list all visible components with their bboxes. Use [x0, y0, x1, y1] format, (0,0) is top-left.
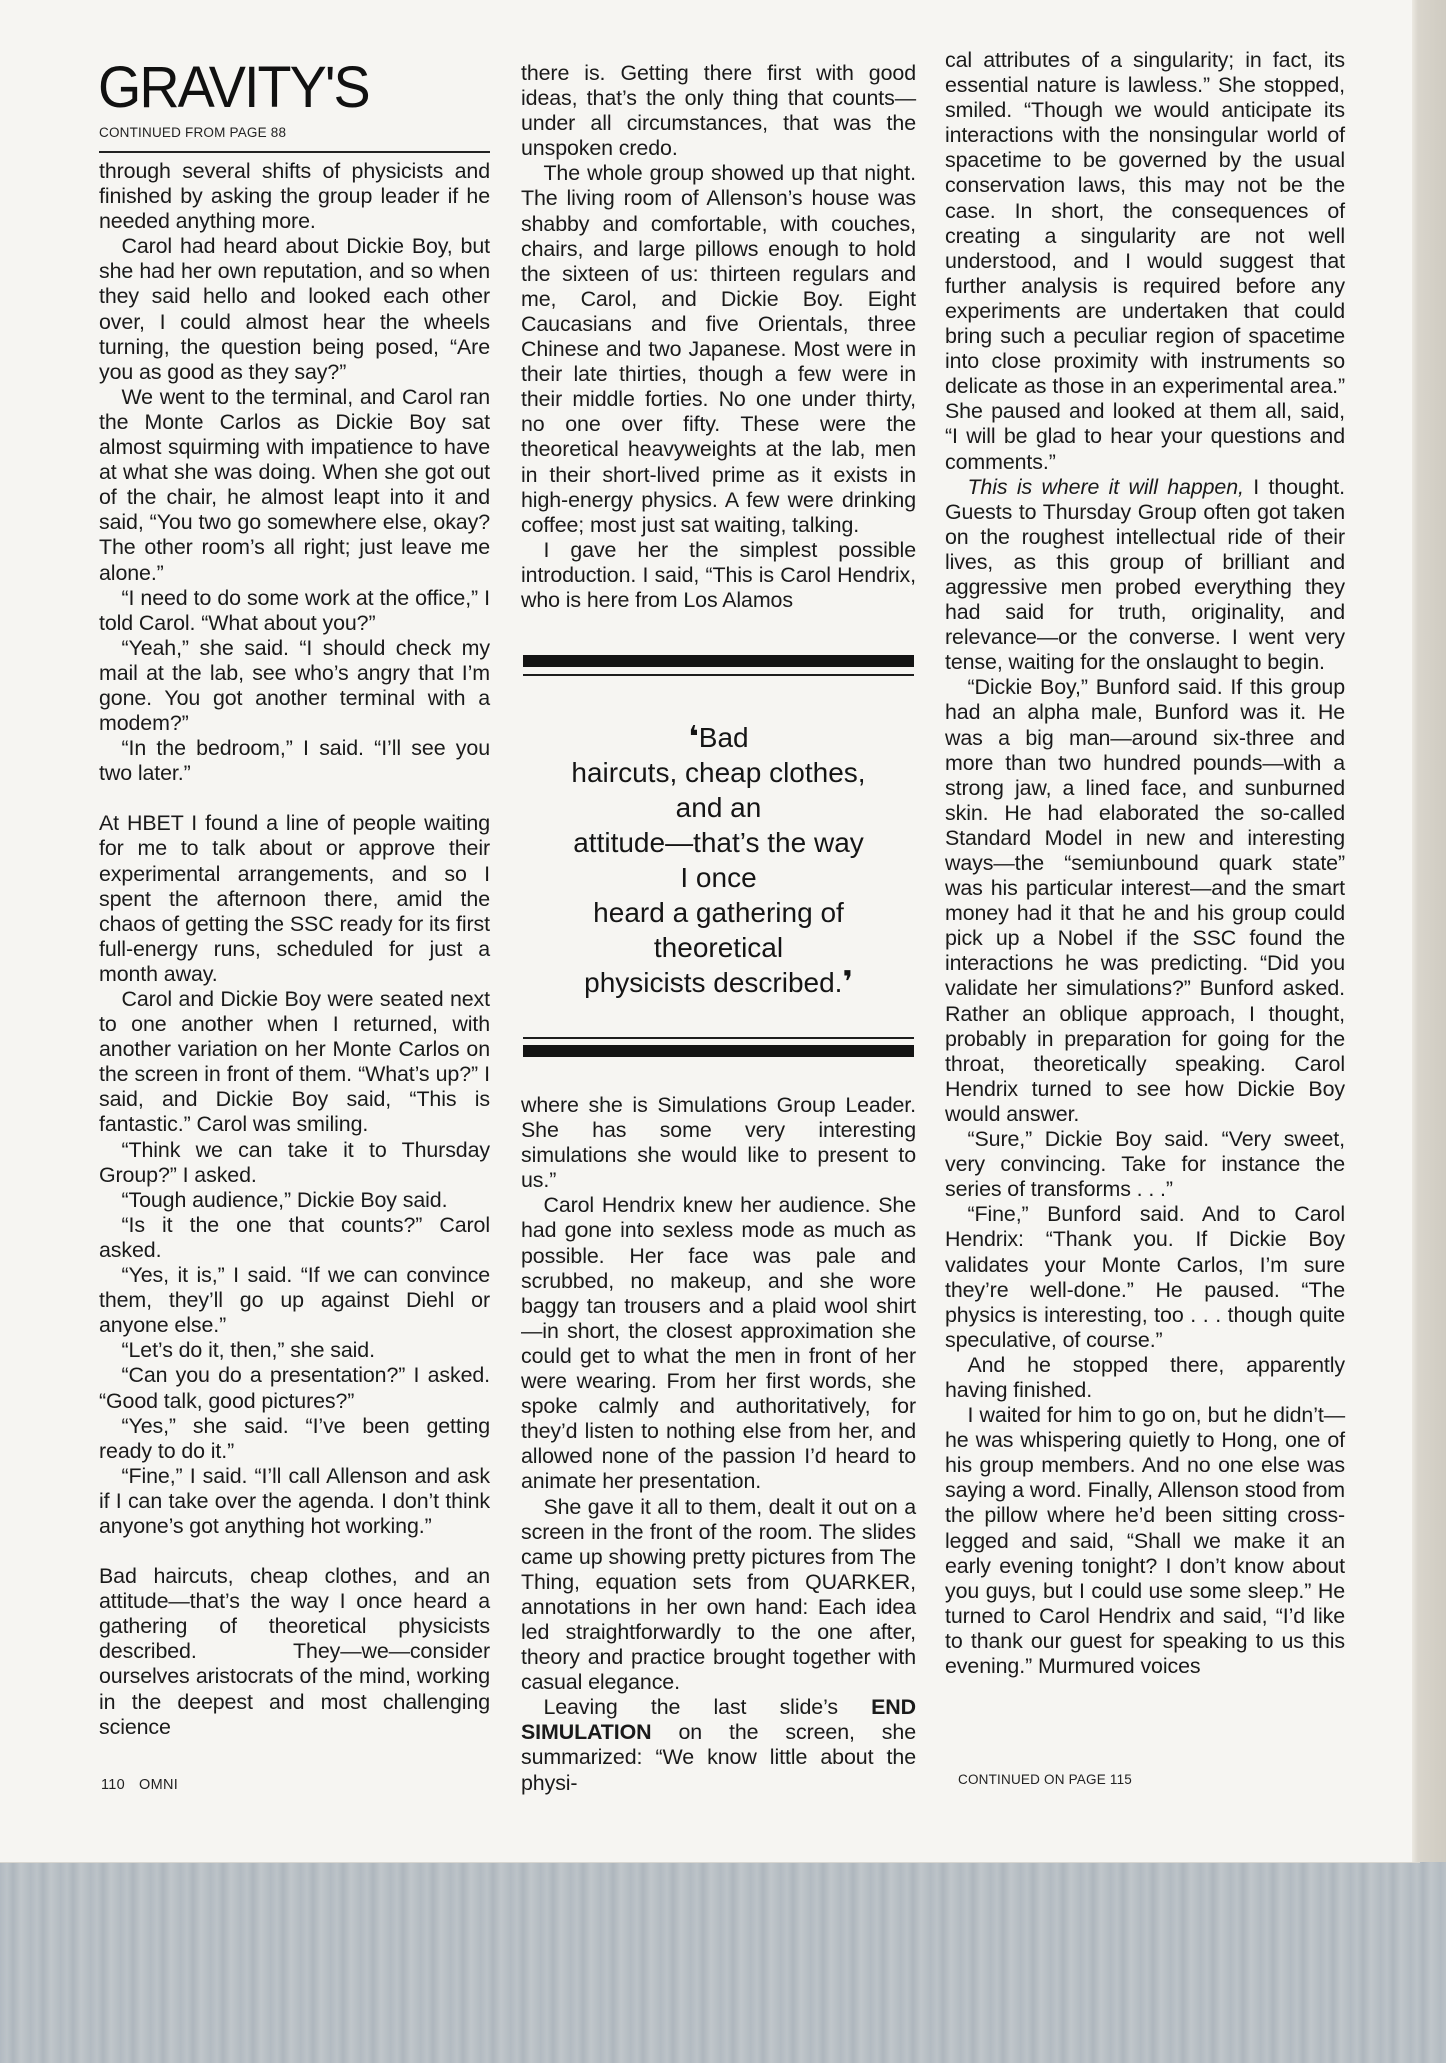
text-run: Leaving the last slide’s: [543, 1695, 871, 1719]
paragraph: The whole group showed up that night. Th…: [521, 161, 916, 537]
paragraph: “Can you do a presentation?” I asked. “G…: [99, 1363, 490, 1413]
pullquote: ❛Bad haircuts, cheap clothes, and an att…: [523, 720, 914, 1000]
folio: 110OMNI: [101, 1777, 178, 1793]
page-binding-edge: [1412, 0, 1446, 1862]
section-break-paragraph: At HBET I found a line of people waiting…: [99, 811, 490, 987]
paragraph: cal attributes of a singularity; in fact…: [945, 48, 1345, 475]
scanner-background: [0, 1862, 1446, 2063]
paragraph: “Fine,” I said. “I’ll call Allenson and …: [99, 1464, 490, 1539]
paragraph: And he stopped there, apparently having …: [945, 1353, 1345, 1403]
paragraph: “Yes,” she said. “I’ve been getting read…: [99, 1414, 490, 1464]
paragraph: “Tough audience,” Dickie Boy said.: [99, 1188, 490, 1213]
paragraph: “Sure,” Dickie Boy said. “Very sweet, ve…: [945, 1127, 1345, 1202]
pullquote-line: heard a gathering of: [523, 895, 914, 930]
pullquote-line: attitude—that’s the way: [523, 825, 914, 860]
magazine-name: OMNI: [139, 1777, 178, 1793]
paragraph: Carol had heard about Dickie Boy, but sh…: [99, 234, 490, 385]
paragraph: She gave it all to them, dealt it out on…: [521, 1495, 916, 1696]
paragraph: “Is it the one that counts?” Carol asked…: [99, 1213, 490, 1263]
pullquote-bottom-thick-rule: [523, 1045, 914, 1057]
paragraph: Carol Hendrix knew her audience. She had…: [521, 1193, 916, 1494]
column-2-top-body: there is. Getting there first with good …: [521, 61, 916, 613]
paragraph: Carol and Dickie Boy were seated next to…: [99, 987, 490, 1138]
pullquote-line: physicists described.❜: [523, 965, 914, 1000]
column-3-body: cal attributes of a singularity; in fact…: [945, 48, 1345, 1679]
paragraph: “Let’s do it, then,” she said.: [99, 1338, 490, 1363]
page-number: 110: [101, 1777, 125, 1793]
pullquote-line: theoretical: [523, 930, 914, 965]
paragraph: This is where it will happen, I thought.…: [945, 475, 1345, 676]
paragraph: “Dickie Boy,” Bunford said. If this grou…: [945, 675, 1345, 1127]
magazine-page: GRAVITY'S CONTINUED FROM PAGE 88 through…: [0, 0, 1420, 1863]
paragraph: We went to the terminal, and Carol ran t…: [99, 385, 490, 586]
pullquote-line: I once: [523, 860, 914, 895]
pullquote-top-thick-rule: [523, 655, 914, 667]
paragraph: through several shifts of physicists and…: [99, 159, 490, 234]
italic-thought: This is where it will happen,: [967, 475, 1243, 499]
pullquote-line: haircuts, cheap clothes,: [523, 755, 914, 790]
pullquote-bottom-thin-rule: [523, 1037, 914, 1039]
close-quote-icon: ❜: [842, 966, 852, 999]
pullquote-top-thin-rule: [523, 674, 914, 676]
paragraph: I waited for him to go on, but he didn’t…: [945, 1403, 1345, 1679]
column-1-body: through several shifts of physicists and…: [99, 159, 490, 1740]
continued-from-label: CONTINUED FROM PAGE 88: [99, 125, 286, 140]
paragraph: “Think we can take it to Thursday Group?…: [99, 1138, 490, 1188]
paragraph: where she is Simulations Group Leader. S…: [521, 1093, 916, 1193]
paragraph: “In the bedroom,” I said. “I’ll see you …: [99, 736, 490, 786]
title-rule: [99, 151, 490, 153]
paragraph: Leaving the last slide’s END SIMULATION …: [521, 1695, 916, 1795]
open-quote-icon: ❛: [688, 721, 698, 754]
pullquote-line: ❛Bad: [523, 720, 914, 755]
paragraph: “Fine,” Bunford said. And to Carol Hendr…: [945, 1202, 1345, 1353]
paragraph: “Yes, it is,” I said. “If we can convinc…: [99, 1263, 490, 1338]
paragraph: “I need to do some work at the office,” …: [99, 586, 490, 636]
article-title: GRAVITY'S: [98, 58, 369, 118]
paragraph: there is. Getting there first with good …: [521, 61, 916, 161]
pullquote-line: and an: [523, 790, 914, 825]
continued-on-label: CONTINUED ON PAGE 115: [958, 1772, 1132, 1787]
paragraph: I gave her the simplest possible introdu…: [521, 538, 916, 613]
paragraph: “Yeah,” she said. “I should check my mai…: [99, 636, 490, 736]
section-break-paragraph: Bad haircuts, cheap clothes, and an atti…: [99, 1564, 490, 1740]
column-2-bottom-body: where she is Simulations Group Leader. S…: [521, 1093, 916, 1796]
